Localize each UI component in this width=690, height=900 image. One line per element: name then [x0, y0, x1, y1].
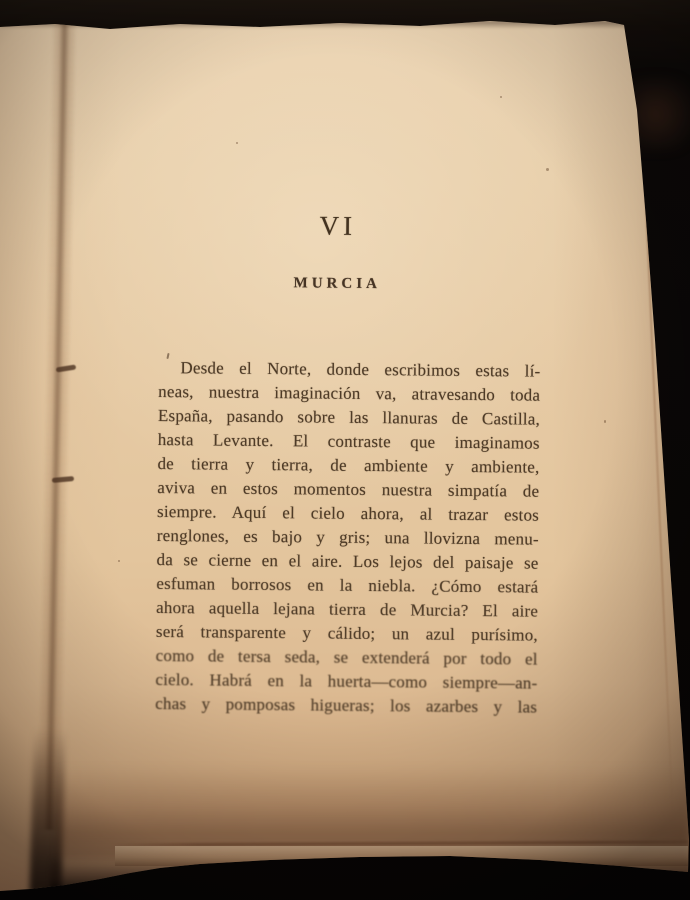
binding-gutter-crease [36, 0, 78, 830]
paper-speck [118, 560, 120, 562]
text-line: neas, nuestra imaginación va, atravesand… [158, 380, 540, 408]
text-line: de tierra y tierra, de ambiente y ambien… [157, 452, 539, 480]
text-line: renglones, es bajo y gris; una llovizna … [157, 524, 539, 552]
text-line: como de tersa seda, se extenderá por tod… [156, 644, 538, 672]
text-line: aviva en estos momentos nuestra simpatía… [157, 476, 539, 504]
text-line: será transparente y cálido; un azul purí… [156, 620, 538, 648]
photo-background: VI MURCIA Desde el Norte, donde escribim… [0, 0, 690, 900]
paper-speck [236, 142, 238, 144]
text-line: Desde el Norte, donde escribimos estas l… [158, 356, 540, 384]
binding-stitch [52, 476, 74, 483]
paper-speck [604, 420, 606, 423]
paragraph: Desde el Norte, donde escribimos estas l… [155, 356, 540, 720]
chapter-title: MURCIA [146, 273, 528, 295]
paper-speck [500, 96, 502, 98]
chapter-number: VI [147, 209, 529, 243]
text-line: siempre. Aquí el cielo ahora, al trazar … [157, 500, 539, 528]
text-line: chas y pomposas higueras; los azarbes y … [155, 692, 537, 720]
text-line: España, pasando sobre las llanuras de Ca… [158, 404, 540, 432]
book-page: VI MURCIA Desde el Norte, donde escribim… [0, 0, 690, 900]
text-line: da se cierne en el aire. Los lejos del p… [156, 548, 538, 576]
text-line: ahora aquella lejana tierra de Murcia? E… [156, 596, 538, 624]
paper-speck [546, 168, 549, 171]
fore-edge-crease [638, 45, 674, 824]
text-line: cielo. Habrá en la huerta—como siempre—a… [155, 668, 537, 696]
page-top-edge-shadow [0, 21, 690, 29]
text-line: esfuman borrosos en la niebla. ¿Cómo est… [156, 572, 538, 600]
text-line: hasta Levante. El contraste que imaginam… [158, 428, 540, 456]
page-content: VI MURCIA Desde el Norte, donde escribim… [155, 205, 542, 739]
bottom-shadow-fade [50, 856, 690, 896]
